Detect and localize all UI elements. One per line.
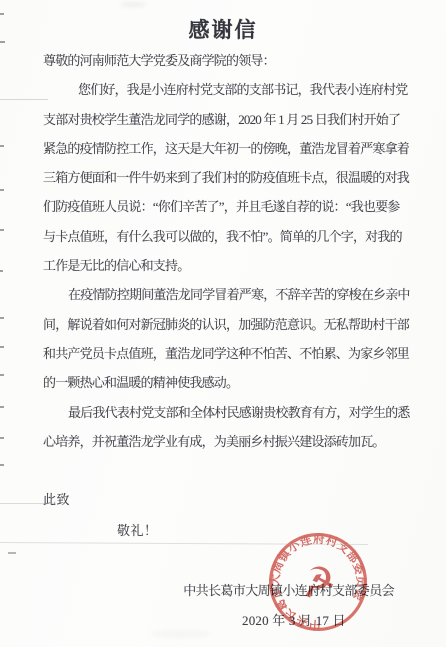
scan-smudge xyxy=(150,630,210,638)
scan-artifact xyxy=(0,13,4,15)
scan-artifact xyxy=(0,145,4,147)
letter-line: 在疫情防控期间董浩龙同学冒着严寒，不辞辛苦的穿梭在乡亲中 xyxy=(43,280,408,309)
closing-cizhi: 此致 xyxy=(43,489,70,508)
letter-line: 间，解说着如何对新冠肺炎的认识，加强防范意识。无私帮助村干部 xyxy=(43,310,408,339)
letter-line: 们防疫值班人员说：“你们辛苦了”，并且毛遂自荐的说：“我也要参 xyxy=(43,192,408,221)
scan-artifact xyxy=(0,317,4,319)
letter-line: 心培养，并祝董浩龙学业有成，为美丽乡村振兴建设添砖加瓦。 xyxy=(43,427,408,456)
scan-artifact xyxy=(0,41,5,43)
scan-fold-line xyxy=(0,99,48,100)
letter-line: 支部对贵校学生董浩龙同学的感谢，2020 年 1 月 25 日我们村开始了 xyxy=(43,105,408,134)
scan-artifact xyxy=(0,437,4,439)
letter-line: 的一颗热心和温暖的精神使我感动。 xyxy=(43,368,408,397)
scan-fold-line xyxy=(0,503,55,504)
scan-artifact xyxy=(0,229,4,231)
letter-line: 工作是无比的信心和支持。 xyxy=(43,251,408,280)
scan-artifact xyxy=(0,374,4,376)
scan-artifact xyxy=(0,464,4,466)
scan-smudge xyxy=(120,2,146,7)
letter-line: 三箱方便面和一件牛奶来到了我们村的防疫值班卡点，很温暖的对我 xyxy=(43,163,408,192)
scan-artifact xyxy=(0,270,3,272)
official-seal: 中共长葛市大周镇小连府村支部委员会 ☭ xyxy=(265,529,370,634)
scan-artifact xyxy=(0,189,4,191)
scan-artifact xyxy=(8,552,16,554)
scanned-letter-page: 感谢信 尊敬的河南师范大学党委及商学院的领导： 您们好，我是小连府村党支部的支部… xyxy=(0,0,446,647)
letter-body: 尊敬的河南师范大学党委及商学院的领导： 您们好，我是小连府村党支部的支部书记，我… xyxy=(43,46,408,456)
scan-artifact xyxy=(0,406,4,408)
letter-line: 您们好，我是小连府村党支部的支部书记，我代表小连府村党 xyxy=(43,75,408,104)
scan-artifact xyxy=(0,346,4,348)
closing-jingli: 敬礼！ xyxy=(117,520,158,539)
letter-line: 和共产党员卡点值班，董浩龙同学这种不怕苦、不怕累、为家乡邻里 xyxy=(43,339,408,368)
letter-line: 与卡点值班，有什么我可以做的，我不怕”。简单的几个字，对我的 xyxy=(43,222,408,251)
letter-line: 紧急的疫情防控工作，这天是大年初一的傍晚，董浩龙冒着严寒拿着 xyxy=(43,134,408,163)
letter-title: 感谢信 xyxy=(0,14,446,44)
salutation: 尊敬的河南师范大学党委及商学院的领导： xyxy=(43,46,408,75)
letter-line: 最后我代表村党支部和全体村民感谢贵校教育有方，对学生的悉 xyxy=(43,398,408,427)
hammer-sickle-icon: ☭ xyxy=(297,557,340,609)
